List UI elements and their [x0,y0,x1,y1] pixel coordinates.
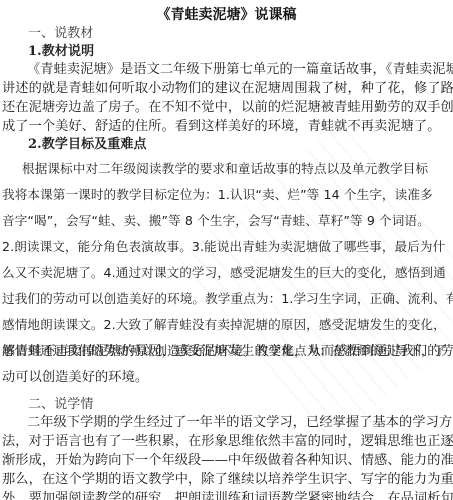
paragraph-line: 那么，在这个学期的语文教学中，除了继续以培养学生识字、写字的能力为重点 [2,471,453,489]
paragraph-line: 感情地朗读课文。2.大致了解青蛙没有卖掉泥塘的原因，感受泥塘发生的变化， [2,316,446,334]
paragraph-line: 根据课标中对二年级阅读教学的要求和童话故事的特点以及单元教学目标 [22,160,428,178]
section-heading-teaching-material: 一、说教材 [28,25,94,43]
paragraph-line: 还在泥塘旁边盖了房子。在不知不觉中，以前的烂泥塘被青蛙用勤劳的双手创造 [2,99,453,117]
paragraph-line: 外，要加强阅读教学的研究，把朗读训练和词语教学紧密地结合，在品词析句 [2,490,453,500]
paragraph-line: 解青蛙不再卖掉泥塘的原因，感受泥塘发生的变化，从而感悟到通过我们的劳 [2,343,453,361]
document-title: 《青蛙卖泥塘》说课稿 [0,4,453,26]
paragraph-line: 讲述的就是青蛙如何听取小动物们的建议在泥塘周围栽了树，种了花，修了路， [2,80,453,98]
paragraph-line: 动可以创造美好的环境。 [2,369,148,387]
paragraph-line: 音字“喝”，会写“蛙、卖、搬”等 8 个生字，会写“青蛙、草籽”等 9 个词语。 [2,212,430,230]
paragraph-line: 渐形成，开始为跨向下一个年级段——中年级做着各种知识、情感、能力的准备 [2,452,453,470]
paragraph-line: 二年级下学期的学生经过了一年半的语文学习，已经掌握了基本的学习方 [27,414,452,432]
paragraph-line: 2.朗读课文，能分角色表演故事。3.能说出青蛙为卖泥塘做了哪些事，最后为什 [2,238,445,256]
paragraph-line: 么又不卖泥塘了。4.通过对课文的学习，感受泥塘发生的巨大的变化，感悟到通 [2,264,446,282]
paragraph-line: 我将本课第一课时的教学目标定位为：1.认识“卖、烂”等 14 个生字，读准多 [2,186,433,204]
paragraph-line: 法，对于语言也有了一些积累，在形象思维依然丰富的同时，逻辑思维也正逐 [2,433,453,451]
document-page: 《青蛙卖泥塘》说课稿 一、说教材 1.教材说明 《青蛙卖泥塘》是语文二年级下册第… [0,0,453,500]
paragraph-line: 过我们的劳动可以创造美好的环境。教学重点为：1.学习生字词，正确、流利、有 [2,290,453,308]
section-heading-student-analysis: 二、说学情 [28,396,94,414]
paragraph-line: 《青蛙卖泥塘》是语文二年级下册第七单元的一篇童话故事，《青蛙卖泥塘》 [27,61,453,79]
paragraph-line: 成了一个美好、舒适的住所。看到这样美好的环境，青蛙就不再卖泥塘了。 [2,118,440,136]
subsection-heading-teaching-goals: 2.教学目标及重难点 [28,136,147,154]
subsection-heading-material-description: 1.教材说明 [28,43,94,61]
